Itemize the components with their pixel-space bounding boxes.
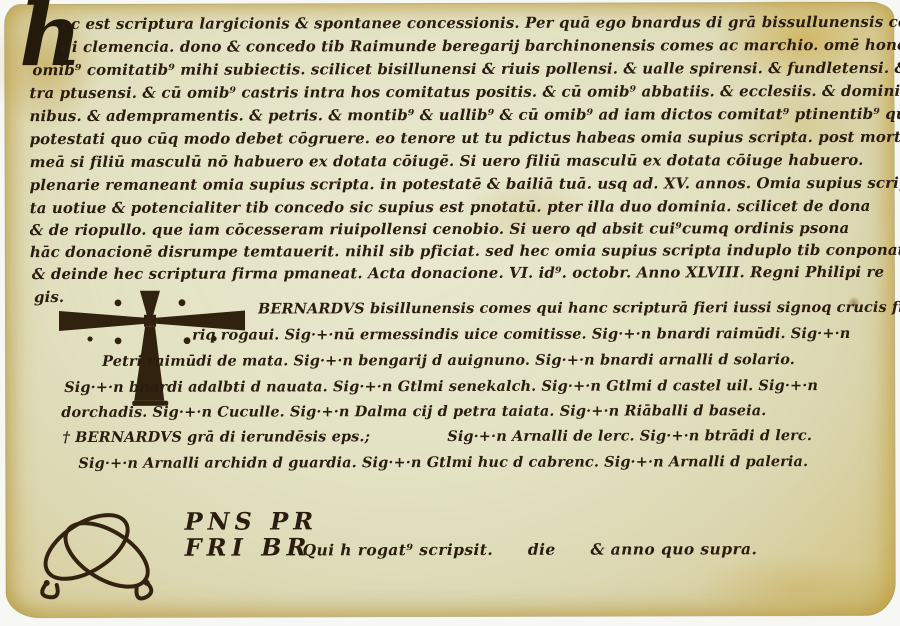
signature-line-7: Sig·+·n Arnalli archidn d guardia. Sig·+…	[78, 453, 808, 472]
notary-monogram-knot	[29, 505, 181, 601]
parchment: h ec est scriptura largicionis & spontan…	[4, 2, 896, 618]
signature-line-2: riq rogaui. Sig·+·nū ermessindis uice co…	[192, 325, 850, 344]
charter-line-12: & deinde hec scriptura firma pmaneat. Ac…	[32, 263, 884, 283]
notary-monogram-letters: PNS PR FRI BR	[185, 508, 319, 560]
signature-line-1: BERNARDVS bisillunensis comes qui hanc s…	[258, 299, 900, 318]
notary-closing-line: Qui h rogat⁹ scripsit. die & anno quo su…	[303, 539, 758, 559]
charter-line-3: omib⁹ comitatib⁹ mihi subiectis. scilice…	[32, 59, 900, 79]
charter-line-2: di clemencia. dono & concedo tib Raimund…	[61, 36, 900, 56]
charter-line-8: plenarie remaneant omia supius scripta. …	[30, 174, 900, 194]
charter-line-11: hāc donacionē disrumpe temtauerit. nihil…	[30, 241, 900, 261]
charter-line-9: ta uotiue & potencialiter tib concedo si…	[30, 197, 871, 217]
charter-line-7: meā si filiū masculū nō habuero ex dotat…	[30, 151, 864, 171]
charter-line-10: & de riopullo. que iam cōcesseram riuipo…	[30, 219, 850, 239]
charter-line-4: tra ptusensi. & cū omib⁹ castris intra h…	[29, 82, 900, 103]
charter-line-6: potestati quo cūq modo debet cōgruere. e…	[30, 128, 900, 148]
signature-line-6: † BERNARDVS grā di ierundēsis eps.; Sig·…	[62, 427, 812, 446]
signature-line-5: dorchadis. Sig·+·n Cuculle. Sig·+·n Dalm…	[61, 402, 766, 421]
monogram-letters-bottom: FRI BR	[185, 534, 319, 560]
signature-line-4: Sig·+·n bnardi adalbti d nauata. Sig·+·n…	[64, 377, 818, 396]
monogram-letters-top: PNS PR	[185, 508, 319, 534]
charter-line-1: ec est scriptura largicionis & spontanee…	[61, 13, 900, 34]
charter-photo: h ec est scriptura largicionis & spontan…	[0, 0, 900, 626]
signature-line-3: Petri raimūdi de mata. Sig·+·n bengarij …	[102, 351, 795, 370]
charter-line-5: nibus. & adempramentis. & petris. & mont…	[29, 105, 900, 125]
